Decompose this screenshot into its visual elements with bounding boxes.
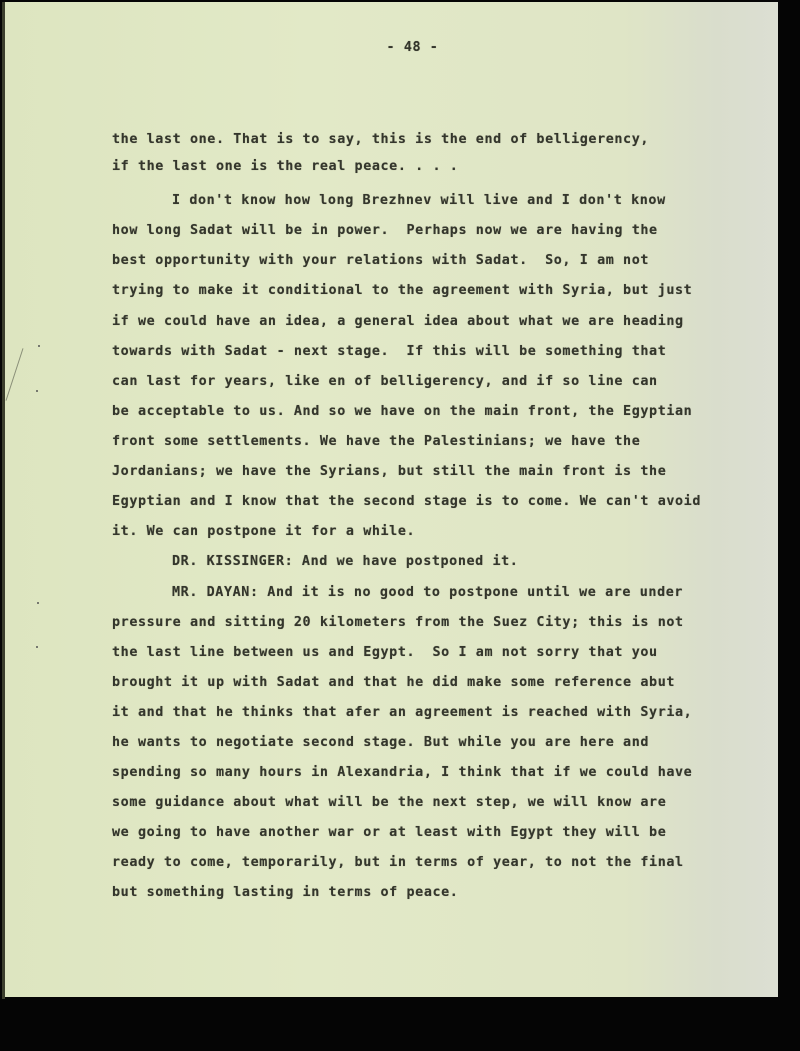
margin-dot: [38, 345, 40, 347]
text-line: some guidance about what will be the nex…: [112, 795, 666, 810]
margin-dot: [36, 646, 38, 648]
text-line: we going to have another war or at least…: [112, 825, 666, 840]
text-line: but something lasting in terms of peace.: [112, 885, 458, 900]
text-line: DR. KISSINGER: And we have postponed it.: [172, 554, 518, 569]
text-line: pressure and sitting 20 kilometers from …: [112, 615, 684, 630]
text-line: front some settlements. We have the Pale…: [112, 434, 640, 449]
text-line: brought it up with Sadat and that he did…: [112, 675, 675, 690]
margin-dot: [36, 390, 38, 392]
page-number: - 48 -: [2, 40, 778, 55]
page-left-edge: [2, 2, 5, 999]
text-line: I don't know how long Brezhnev will live…: [172, 193, 666, 208]
text-line: best opportunity with your relations wit…: [112, 253, 649, 268]
text-line: be acceptable to us. And so we have on t…: [112, 404, 692, 419]
text-line: Jordanians; we have the Syrians, but sti…: [112, 464, 666, 479]
text-line: spending so many hours in Alexandria, I …: [112, 765, 692, 780]
text-line: he wants to negotiate second stage. But …: [112, 735, 649, 750]
text-line: it and that he thinks that afer an agree…: [112, 705, 692, 720]
text-line: if we could have an idea, a general idea…: [112, 314, 684, 329]
text-line: trying to make it conditional to the agr…: [112, 283, 692, 298]
margin-dot: [37, 602, 39, 604]
pencil-mark: [6, 348, 24, 401]
text-line: it. We can postpone it for a while.: [112, 524, 415, 539]
text-line: the last one. That is to say, this is th…: [112, 132, 649, 147]
text-line: how long Sadat will be in power. Perhaps…: [112, 223, 658, 238]
text-line: towards with Sadat - next stage. If this…: [112, 344, 666, 359]
text-line: if the last one is the real peace. . . .: [112, 159, 458, 174]
text-line: ready to come, temporarily, but in terms…: [112, 855, 684, 870]
text-line: MR. DAYAN: And it is no good to postpone…: [172, 585, 683, 600]
text-line: can last for years, like en of belligere…: [112, 374, 658, 389]
text-line: the last line between us and Egypt. So I…: [112, 645, 658, 660]
document-page: - 48 - the last one. That is to say, thi…: [2, 2, 778, 997]
text-line: Egyptian and I know that the second stag…: [112, 494, 701, 509]
